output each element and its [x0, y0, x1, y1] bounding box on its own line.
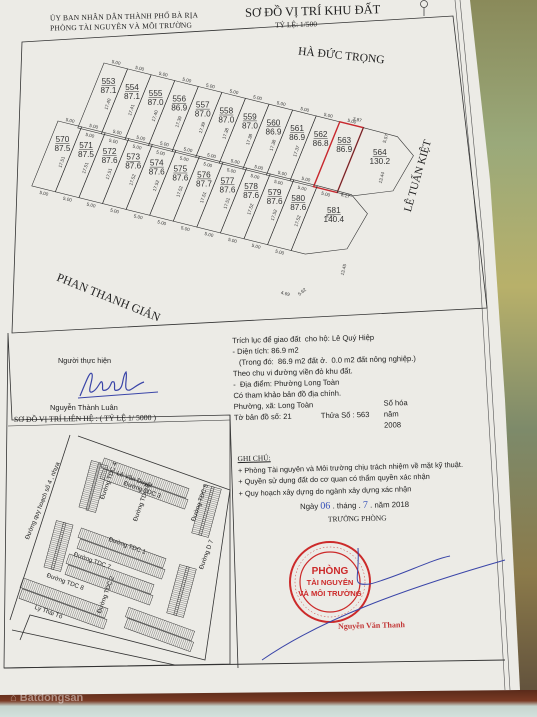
- head-of-department-title: TRƯỞNG PHÒNG: [328, 513, 387, 523]
- watermark-text: Batdongsan: [20, 692, 84, 704]
- date-year: . năm 2018: [370, 500, 409, 510]
- stamp-line-2: TÀI NGUYÊN: [307, 577, 354, 588]
- sign-date: Ngày 06 . tháng . 7 . năm 2018: [300, 499, 409, 512]
- date-month: 7: [363, 500, 368, 511]
- official-stamp: PHÒNG TÀI NGUYÊN VÀ MÔI TRƯỜNG: [288, 540, 372, 624]
- head-of-department-name: Nguyễn Văn Thanh: [338, 620, 405, 631]
- notes-section: GHI CHÚ: + Phòng Tài nguyên và Môi trườn…: [237, 447, 463, 499]
- contact-map: [0, 0, 537, 717]
- stamp-line-3: VÀ MÔI TRƯỜNG: [298, 588, 361, 599]
- date-day: 06: [320, 501, 330, 512]
- date-prefix: Ngày: [300, 502, 318, 511]
- stamp-line-1: PHÒNG: [312, 566, 349, 577]
- date-month-label: . tháng .: [332, 501, 360, 511]
- watermark-logo: ⌂ Batdongsan: [10, 692, 83, 704]
